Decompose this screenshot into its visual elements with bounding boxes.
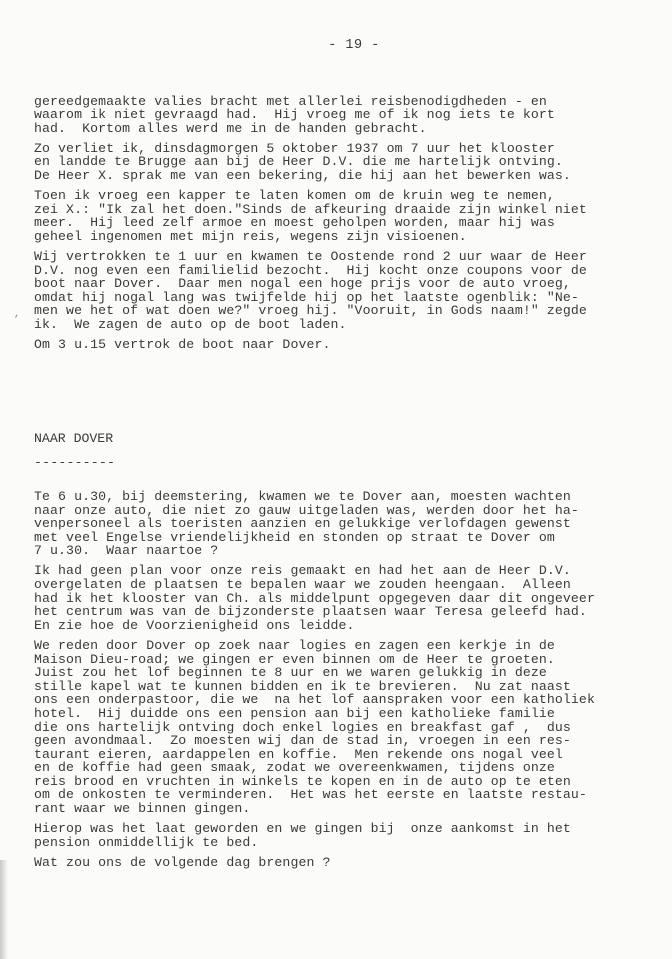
paragraph: We reden door Dover op zoek naar logies … [34,639,664,816]
text-line: 7 u.30. Waar naartoe ? [34,543,218,558]
text-line: Wat zou ons de volgende dag brengen ? [34,855,331,870]
section-heading: NAAR DOVER [34,432,113,446]
margin-mark: , [14,309,20,320]
text-line: geheel ingenomen met mijn reis, wegens z… [34,229,467,244]
paragraph: gereedgemaakte valies bracht met allerle… [34,81,664,135]
section-2-body: Te 6 u.30, bij deemstering, kwamen we te… [34,490,664,876]
paragraph: Wat zou ons de volgende dag brengen ? [34,856,664,870]
text-line: ik. We zagen de auto op de boot laden. [34,317,347,332]
paragraph: Toen ik vroeg een kapper te laten komen … [34,189,664,243]
text-line: En zie hoe de Voorzienigheid ons leidde. [34,618,355,633]
paragraph: Om 3 u.15 vertrok de boot naar Dover. [34,338,664,352]
paragraph: Zo verliet ik, dinsdagmorgen 5 oktober 1… [34,142,664,183]
text-line: had. Kortom alles werd me in de handen g… [34,121,427,136]
heading-underline: ---------- [34,456,115,470]
scan-edge-shadow [0,860,8,959]
text-line: De Heer X. sprak me van een bekering, di… [34,168,571,183]
page-number: - 19 - [0,38,672,53]
paragraph: Te 6 u.30, bij deemstering, kwamen we te… [34,490,664,558]
text-line: pension onmiddellijk te bed. [34,835,258,850]
paragraph: Wij vertrokken te 1 uur en kwamen te Oos… [34,250,664,332]
text-line: Om 3 u.15 vertrok de boot naar Dover. [34,337,331,352]
paragraph: Ik had geen plan voor onze reis gemaakt … [34,564,664,632]
text-line: rant waar we binnen gingen. [34,801,250,816]
paragraph: Hierop was het laat geworden en we ginge… [34,822,664,849]
section-1-body: gereedgemaakte valies bracht met allerle… [34,81,664,358]
